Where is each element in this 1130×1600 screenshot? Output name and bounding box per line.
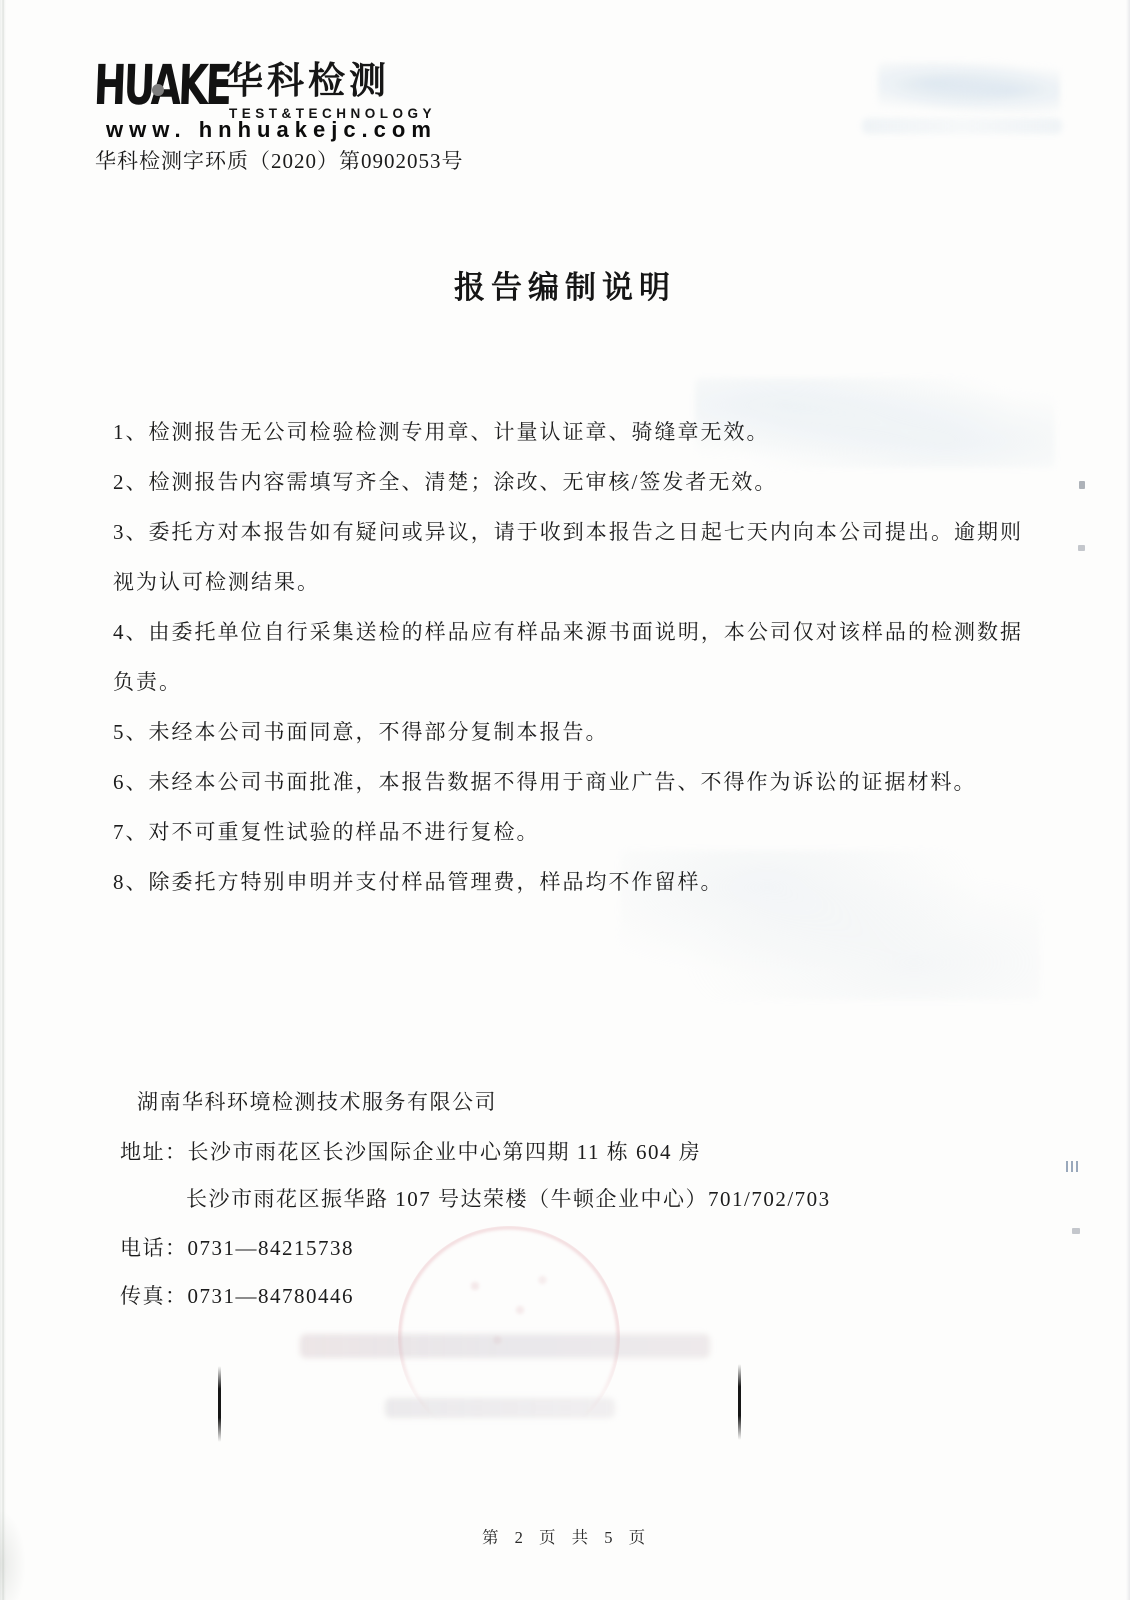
notes-list: 1、检测报告无公司检验检测专用章、计量认证章、骑缝章无效。 2、检测报告内容需填… (113, 407, 1023, 907)
address-line-1: 地址：长沙市雨花区长沙国际企业中心第四期 11 栋 604 房 (120, 1136, 701, 1166)
note-item-5: 5、未经本公司书面同意，不得部分复制本报告。 (113, 707, 1023, 757)
note-item-4: 4、由委托单位自行采集送检的样品应有样品来源书面说明，本公司仅对该样品的检测数据… (113, 607, 1023, 707)
scan-edge-left (0, 0, 6, 1600)
note-item-6: 6、未经本公司书面批准，本报告数据不得用于商业广告、不得作为诉讼的证据材料。 (113, 757, 1023, 807)
fold-mark-right (738, 1364, 741, 1440)
note-item-7: 7、对不可重复性试验的样品不进行复检。 (113, 807, 1023, 857)
fax-line: 传真：0731—84780446 (120, 1280, 354, 1310)
note-item-3: 3、委托方对本报告如有疑问或异议，请于收到本报告之日起七天内向本公司提出。逾期则… (113, 507, 1023, 607)
address-label: 地址： (120, 1140, 188, 1164)
scan-speck (1078, 545, 1085, 551)
fax-value: 0731—84780446 (188, 1284, 355, 1308)
bleedthrough-smudge-top-right (878, 62, 1060, 114)
logo-chinese-name: 华科检测 (226, 60, 390, 103)
document-number: 华科检测字环质（2020）第0902053号 (95, 145, 464, 175)
logo-website: www. hnhuakejc.com (106, 117, 437, 143)
note-item-8: 8、除委托方特别申明并支付样品管理费，样品均不作留样。 (113, 857, 1023, 907)
address-value-1: 长沙市雨花区长沙国际企业中心第四期 11 栋 604 房 (188, 1140, 702, 1164)
phone-label: 电话： (120, 1236, 188, 1260)
scan-edge-right (1126, 0, 1130, 1600)
logo-dot-icon (152, 84, 164, 96)
company-name: 湖南华科环境检测技术服务有限公司 (137, 1086, 497, 1116)
seal-text-smudge-2 (385, 1398, 615, 1418)
fax-label: 传真： (120, 1284, 188, 1308)
page-title: 报告编制说明 (0, 262, 1130, 307)
seal-text-smudge-1 (300, 1334, 710, 1358)
note-item-2: 2、检测报告内容需填写齐全、清楚；涂改、无审核/签发者无效。 (113, 457, 1023, 507)
scan-speck (1072, 1228, 1080, 1234)
page-number: 第 2 页 共 5 页 (0, 1524, 1130, 1548)
address-line-2: 长沙市雨花区振华路 107 号达荣楼（牛顿企业中心）701/702/703 (186, 1183, 831, 1213)
phone-line: 电话：0731—84215738 (120, 1232, 354, 1262)
scan-speck (1066, 1161, 1080, 1172)
fold-mark-left (218, 1366, 221, 1442)
scan-speck (1079, 481, 1085, 489)
bleedthrough-smudge-top-right-2 (862, 118, 1062, 134)
phone-value: 0731—84215738 (188, 1236, 355, 1260)
note-item-1: 1、检测报告无公司检验检测专用章、计量认证章、骑缝章无效。 (113, 407, 1023, 457)
